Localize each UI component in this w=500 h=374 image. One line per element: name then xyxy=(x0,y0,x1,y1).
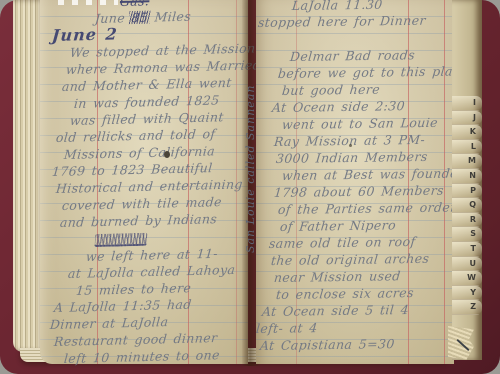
paper-edge-highlight xyxy=(58,0,118,5)
handwriting-text: Gas. xyxy=(119,0,150,9)
thumb-index-letters: IJKLMNPQRSTUWYZ xyxy=(452,96,482,315)
handwriting-line: At Capistiana 5=30 xyxy=(259,334,455,354)
thumb-index-tab: P xyxy=(452,184,482,199)
thumb-index-tab: J xyxy=(452,111,482,126)
handwriting-text: 85 xyxy=(131,10,149,25)
thumb-index-tab: I xyxy=(452,96,482,111)
left-page-lines: Gas.June 85 MilesJune 2We stopped at the… xyxy=(40,0,248,367)
thumb-index-tab: M xyxy=(452,154,482,169)
diary-photo: Gas.June 85 MilesJune 2We stopped at the… xyxy=(0,0,500,374)
handwriting-text: near Mission used xyxy=(273,268,401,285)
handwriting-line xyxy=(255,28,455,48)
scribbled-out-word xyxy=(94,233,147,247)
handwriting-text: same old tile on roof xyxy=(268,234,416,251)
handwriting-text: left- at 4 xyxy=(255,320,318,336)
handwriting-text: At Ocean side 5 til 4 xyxy=(261,302,409,319)
handwriting-text: but good here xyxy=(281,82,380,98)
handwriting-text: and burned by Indians xyxy=(59,211,217,230)
handwriting-text: June 2 xyxy=(51,24,118,45)
thumb-index-tab: K xyxy=(452,125,482,140)
handwriting-line: left 10 minutes to one xyxy=(63,345,248,367)
handwriting-text: when at Best was founded xyxy=(281,165,467,183)
thumb-index-tab: W xyxy=(452,271,482,286)
thumb-index-tab: N xyxy=(452,169,482,184)
handwriting-text: of the Parties same order xyxy=(277,199,457,217)
right-page-lines: LaJolla 11.30stopped here for DinnerDelm… xyxy=(256,0,454,354)
ink-blot xyxy=(164,151,170,158)
thumb-index-tab: L xyxy=(452,140,482,155)
handwriting-text: Delmar Bad roads xyxy=(289,47,415,64)
right-page: LaJolla 11.30stopped here for DinnerDelm… xyxy=(256,0,454,364)
handwriting-text: Dinner at LaJolla xyxy=(49,314,169,332)
handwriting-text: LaJolla 11.30 xyxy=(291,0,383,13)
ink-blot xyxy=(349,144,352,147)
left-page: Gas.June 85 MilesJune 2We stopped at the… xyxy=(40,0,248,364)
handwriting-text: Miles xyxy=(148,9,192,25)
thumb-index-tab: Q xyxy=(452,198,482,213)
thumb-index-tab: T xyxy=(452,242,482,257)
handwriting-text: 1798 about 60 Members xyxy=(273,183,444,200)
thumb-index: IJKLMNPQRSTUWYZ xyxy=(452,0,482,360)
handwriting-text: the old original arches xyxy=(270,251,430,268)
handwriting-text: At Capistiana 5=30 xyxy=(259,336,395,353)
handwriting-text: before we got to this place xyxy=(277,63,468,81)
thumb-index-tab: Y xyxy=(452,286,482,301)
thumb-index-tab: U xyxy=(452,257,482,272)
handwriting-text: At Ocean side 2:30 xyxy=(271,98,405,115)
handwriting-text: of Father Nipero xyxy=(279,217,396,234)
handwriting-text: went out to San Louie xyxy=(281,115,438,132)
thumb-index-tab: R xyxy=(452,213,482,228)
handwriting-text: stopped here for Dinner xyxy=(257,13,426,30)
margin-note: San Louie called Sannean xyxy=(244,18,260,253)
handwriting-text: to enclose six acres xyxy=(275,285,414,302)
thumb-index-tab: Z xyxy=(452,300,482,315)
thumb-index-tab: S xyxy=(452,227,482,242)
handwriting-text: 3000 Indian Members xyxy=(275,149,428,166)
handwriting-text: left 10 minutes to one xyxy=(63,347,220,366)
